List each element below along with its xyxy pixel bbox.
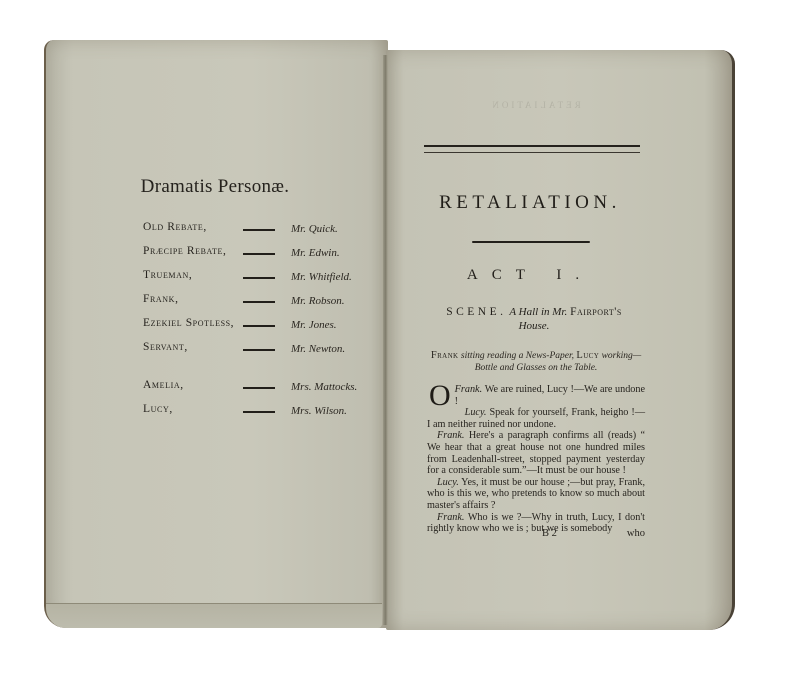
role-name: Frank, (143, 293, 179, 305)
role-name: Præcipe Rebate, (143, 245, 227, 257)
role-name: Servant, (143, 341, 188, 353)
scene-name: Fairport's (570, 306, 622, 318)
speaker: Frank. (437, 430, 464, 441)
cast-row: Frank, Mr. Robson. (143, 293, 373, 317)
dash-rule (243, 301, 275, 303)
title-rule (472, 241, 590, 243)
stage-character: Lucy (576, 350, 599, 361)
signature-mark: B 2 (542, 528, 557, 539)
actor-name: Mr. Whitfield. (291, 271, 352, 283)
actor-name: Mr. Jones. (291, 319, 337, 331)
scene-heading: SCENE. A Hall in Mr. Fairport's House. (424, 305, 644, 333)
stage-character: Frank (431, 350, 459, 361)
speaker: Frank. (455, 384, 482, 395)
actor-name: Mrs. Mattocks. (291, 381, 357, 393)
play-title: RETALIATION. (405, 192, 655, 214)
scene-text: A Hall in Mr. (509, 306, 567, 318)
bleed-through-text: RETALIATION (430, 100, 640, 140)
cast-row: Amelia, Mrs. Mattocks. (143, 379, 373, 403)
line-text: We are ruined, Lucy !—We are undone ! (455, 384, 645, 407)
dramatis-personae-title: Dramatis Personæ. (44, 176, 386, 198)
dash-rule (243, 325, 275, 327)
actor-name: Mr. Quick. (291, 223, 338, 235)
stage-text: sitting reading a News-Paper, (461, 351, 574, 361)
dialogue-block: Frank. O We are ruined, Lucy !—We are un… (427, 384, 645, 535)
dash-rule (243, 229, 275, 231)
scene-label: SCENE. (446, 306, 506, 318)
cast-row: Præcipe Rebate, Mr. Edwin. (143, 245, 373, 269)
role-name: Lucy, (143, 403, 173, 415)
speaker: Lucy. (437, 477, 459, 488)
dialogue-line: Frank. Here's a paragraph confirms all (… (427, 430, 645, 476)
actor-name: Mr. Newton. (291, 343, 345, 355)
cast-row: Lucy, Mrs. Wilson. (143, 403, 373, 427)
actor-name: Mr. Edwin. (291, 247, 340, 259)
open-book: Dramatis Personæ. Old Rebate, Mr. Quick.… (0, 0, 800, 688)
speaker: Frank. (437, 512, 464, 523)
scene-text-end: House. (519, 320, 550, 332)
cast-list: Old Rebate, Mr. Quick. Præcipe Rebate, M… (143, 221, 373, 427)
speaker: Lucy. (465, 407, 487, 418)
line-text: Speak for yourself, Frank, heigho !—I am… (427, 407, 645, 430)
page-fold-edge (46, 603, 382, 628)
dash-rule (243, 253, 275, 255)
line-text: Yes, it must be our house ;—but pray, Fr… (427, 477, 645, 511)
role-name: Trueman, (143, 269, 192, 281)
dash-rule (243, 349, 275, 351)
stage-direction: Frank sitting reading a News-Paper, Lucy… (426, 350, 646, 374)
dialogue-line: Lucy. Speak for yourself, Frank, heigho … (427, 407, 645, 430)
role-name: Amelia, (143, 379, 184, 391)
dash-rule (243, 411, 275, 413)
dash-rule (243, 387, 275, 389)
book-gutter (383, 55, 388, 625)
dialogue-line: Frank. O We are ruined, Lucy !—We are un… (427, 384, 645, 407)
drop-cap: O (429, 384, 451, 408)
dialogue-line: Frank. Who is we ?—Why in truth, Lucy, I… (427, 512, 645, 535)
actor-name: Mrs. Wilson. (291, 405, 347, 417)
actor-name: Mr. Robson. (291, 295, 344, 307)
act-heading: ACT I. (405, 267, 655, 284)
role-name: Old Rebate, (143, 221, 207, 233)
cast-row: Servant, Mr. Newton. (143, 341, 373, 365)
dialogue-line: Lucy. Yes, it must be our house ;—but pr… (427, 477, 645, 512)
cast-row: Trueman, Mr. Whitfield. (143, 269, 373, 293)
cast-row: Old Rebate, Mr. Quick. (143, 221, 373, 245)
catchword: who (627, 528, 645, 539)
cast-row: Ezekiel Spotless, Mr. Jones. (143, 317, 373, 341)
dash-rule (243, 277, 275, 279)
role-name: Ezekiel Spotless, (143, 317, 234, 329)
double-rule (424, 145, 640, 153)
